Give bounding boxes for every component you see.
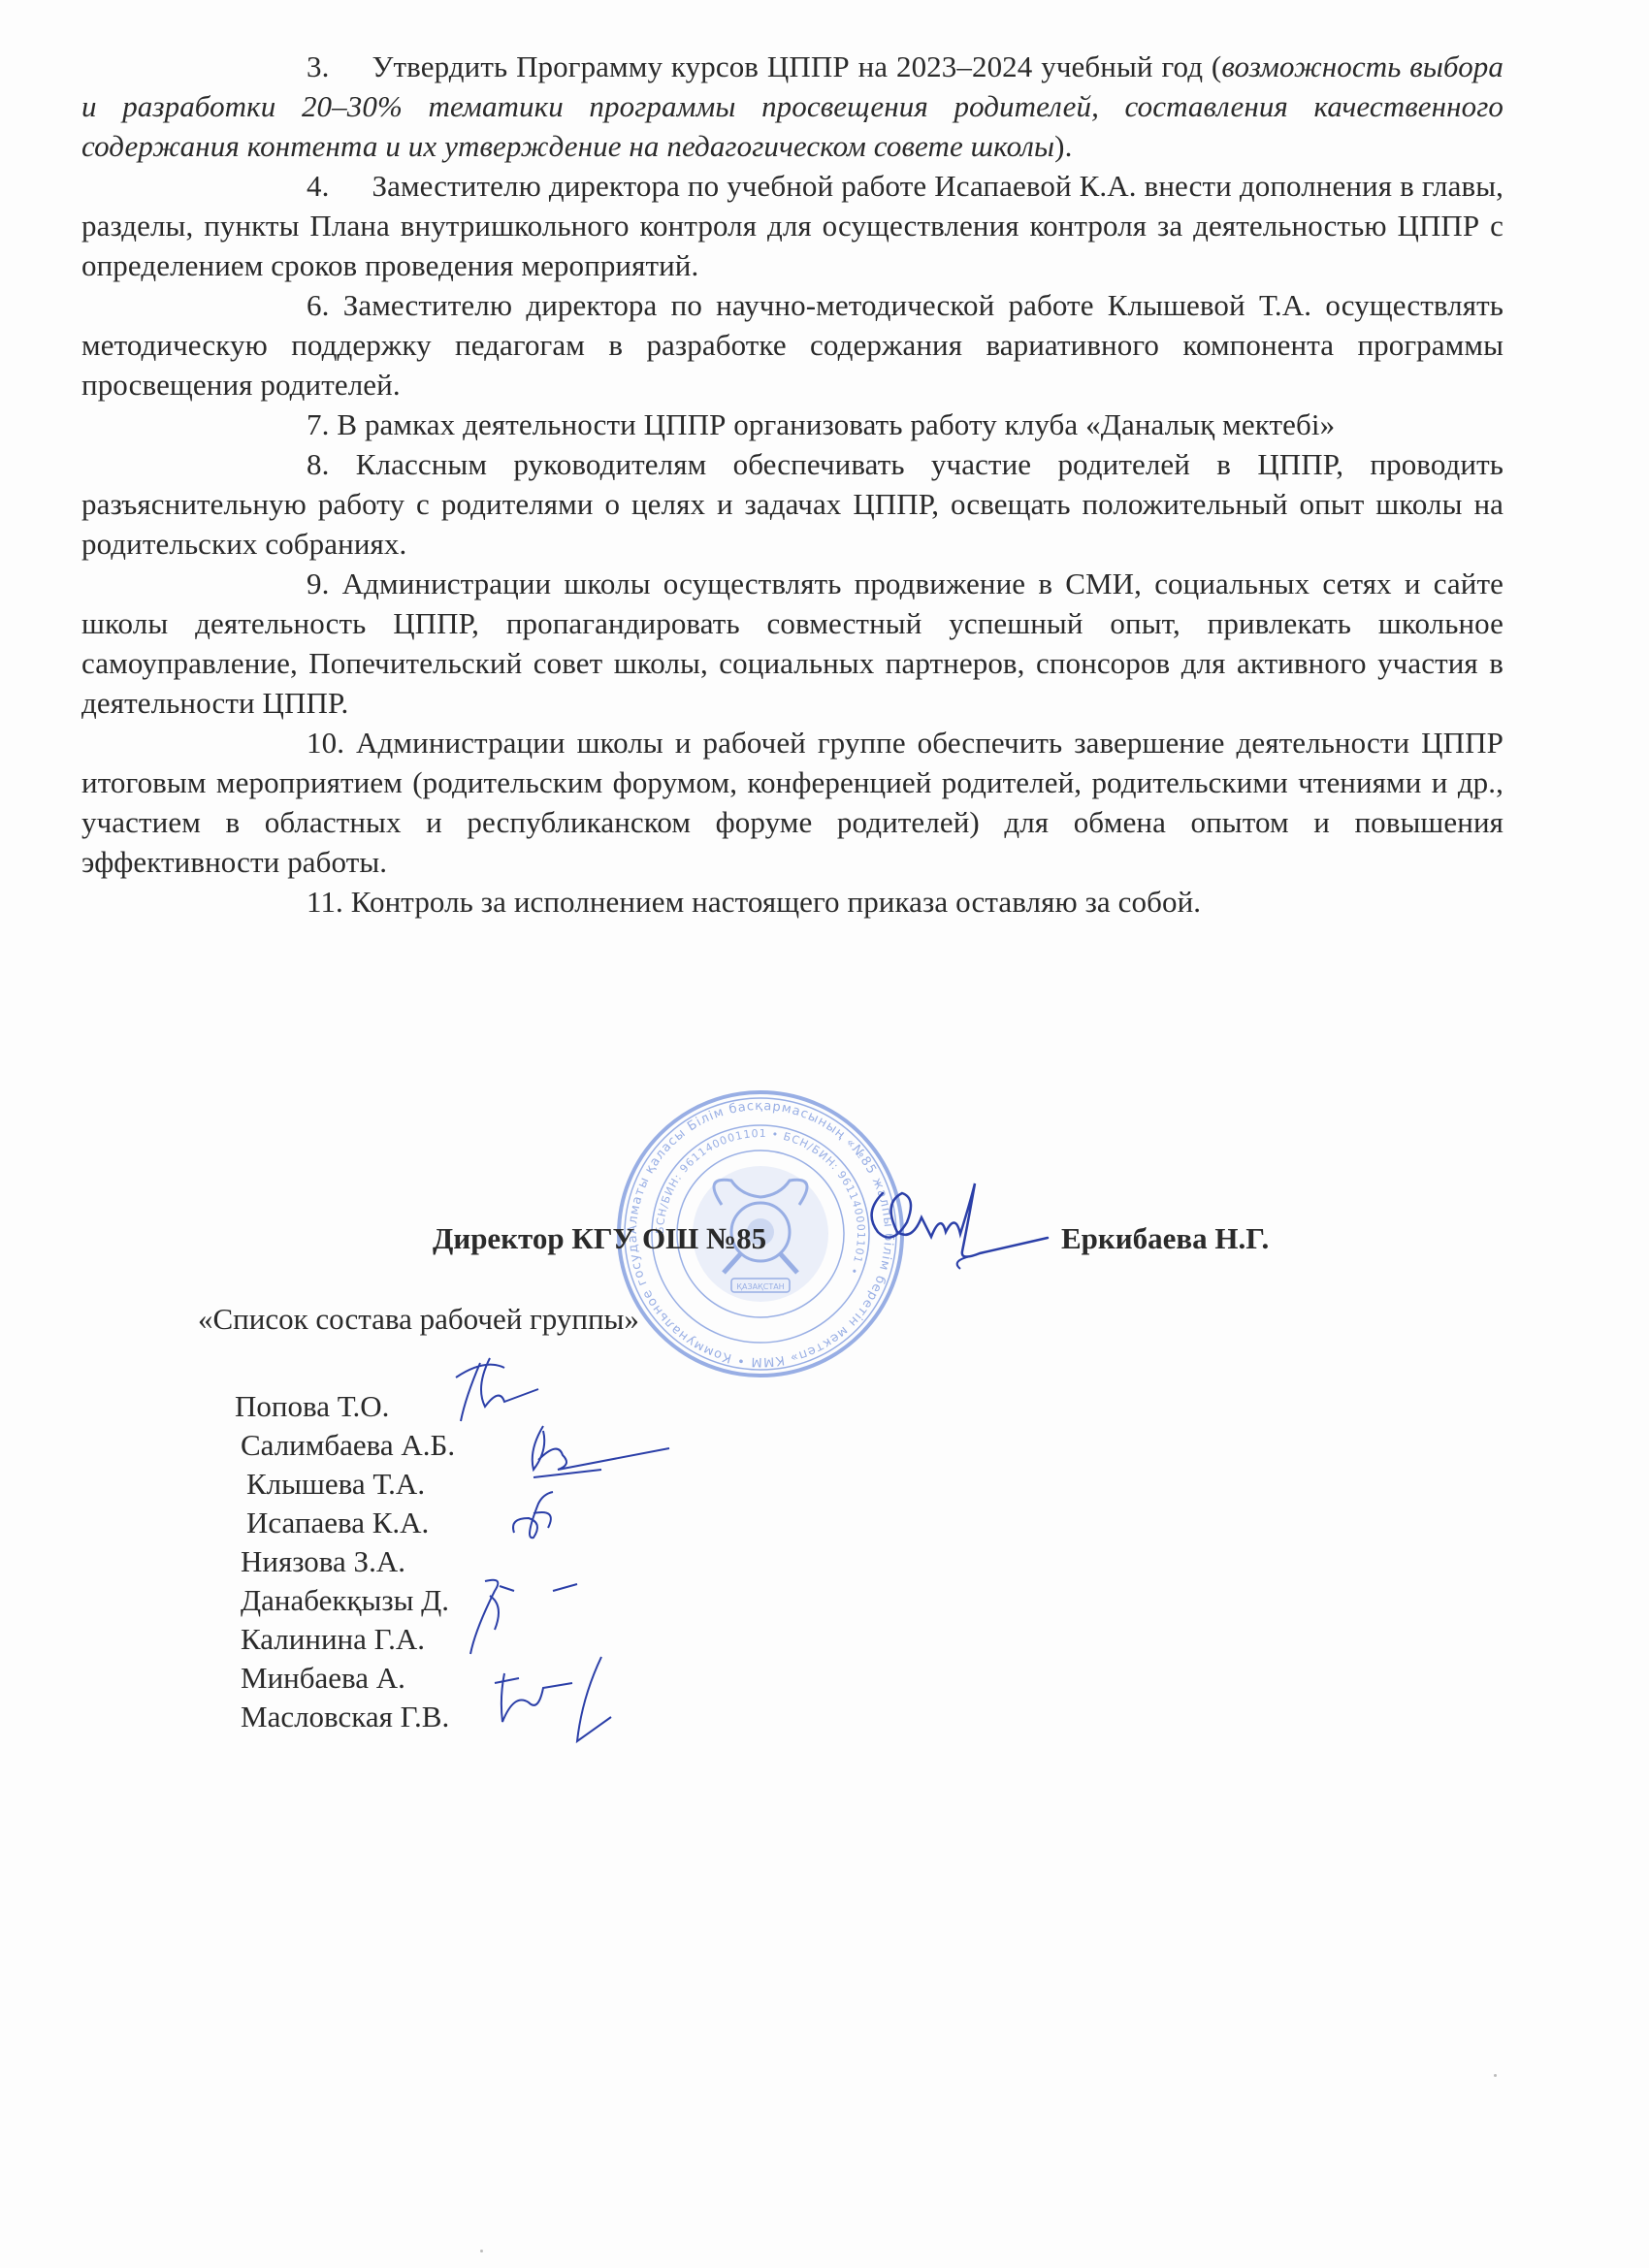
paragraph-number: 4.	[194, 166, 329, 206]
paragraph-text: В рамках деятельности ЦППР организовать …	[337, 407, 1335, 441]
stamp-country: ҚАЗАҚСТАН	[736, 1282, 784, 1291]
working-group-list: Попова Т.О. Салимбаева А.Б. Клышева Т.А.…	[235, 1387, 455, 1736]
director-name: Еркибаева Н.Г.	[1061, 1219, 1269, 1258]
paragraph-6: 6. Заместителю директора по научно-метод…	[81, 285, 1503, 405]
list-item: Данабекқызы Д.	[235, 1581, 455, 1620]
paragraph-number: 11.	[194, 882, 343, 922]
list-item: Минбаева А.	[235, 1659, 455, 1698]
list-item: Калинина Г.А.	[235, 1620, 455, 1659]
paragraph-number: 3.	[194, 47, 329, 86]
signature-niyazova-icon	[456, 1571, 592, 1659]
paragraph-4: 4.Заместителю директора по учебной работ…	[81, 166, 1503, 285]
working-group-title: «Список состава рабочей группы»	[198, 1300, 639, 1339]
list-item: Салимбаева А.Б.	[235, 1426, 455, 1465]
list-item: Попова Т.О.	[235, 1387, 455, 1426]
paragraph-number: 10.	[194, 723, 344, 762]
paragraph-number: 8.	[194, 444, 329, 484]
scan-artifact	[480, 2250, 483, 2252]
signature-popova-icon	[446, 1348, 563, 1426]
paragraph-7: 7. В рамках деятельности ЦППР организова…	[81, 405, 1503, 444]
director-title: Директор КГУ ОШ №85	[433, 1219, 766, 1258]
signature-klysheva-icon	[504, 1484, 582, 1542]
paragraph-number: 6.	[194, 285, 329, 325]
signature-salimbaeva-icon	[514, 1421, 679, 1499]
list-item: Клышева Т.А.	[235, 1465, 455, 1504]
signature-kalinina-icon	[485, 1649, 630, 1756]
paragraph-after-text: ).	[1054, 129, 1072, 163]
paragraph-3: 3.Утвердить Программу курсов ЦППР на 202…	[81, 47, 1503, 166]
list-item: Ниязова З.А.	[235, 1542, 455, 1581]
paragraph-text: Контроль за исполнением настоящего прика…	[351, 885, 1201, 919]
paragraph-number: 9.	[194, 564, 329, 603]
paragraph-9: 9. Администрации школы осуществлять прод…	[81, 564, 1503, 723]
list-item: Исапаева К.А.	[235, 1504, 455, 1542]
list-item: Масловская Г.В.	[235, 1698, 455, 1736]
paragraph-11: 11. Контроль за исполнением настоящего п…	[81, 882, 1503, 922]
signature-block: Директор КГУ ОШ №85 Еркибаева Н.Г.	[0, 1219, 1649, 1268]
paragraph-10: 10. Администрации школы и рабочей группе…	[81, 723, 1503, 882]
paragraph-8: 8. Классным руководителям обеспечивать у…	[81, 444, 1503, 564]
document-body: 3.Утвердить Программу курсов ЦППР на 202…	[81, 47, 1503, 922]
paragraph-number: 7.	[194, 405, 329, 444]
scan-artifact	[1494, 2074, 1497, 2077]
paragraph-text: Утвердить Программу курсов ЦППР на 2023–…	[372, 49, 1221, 83]
